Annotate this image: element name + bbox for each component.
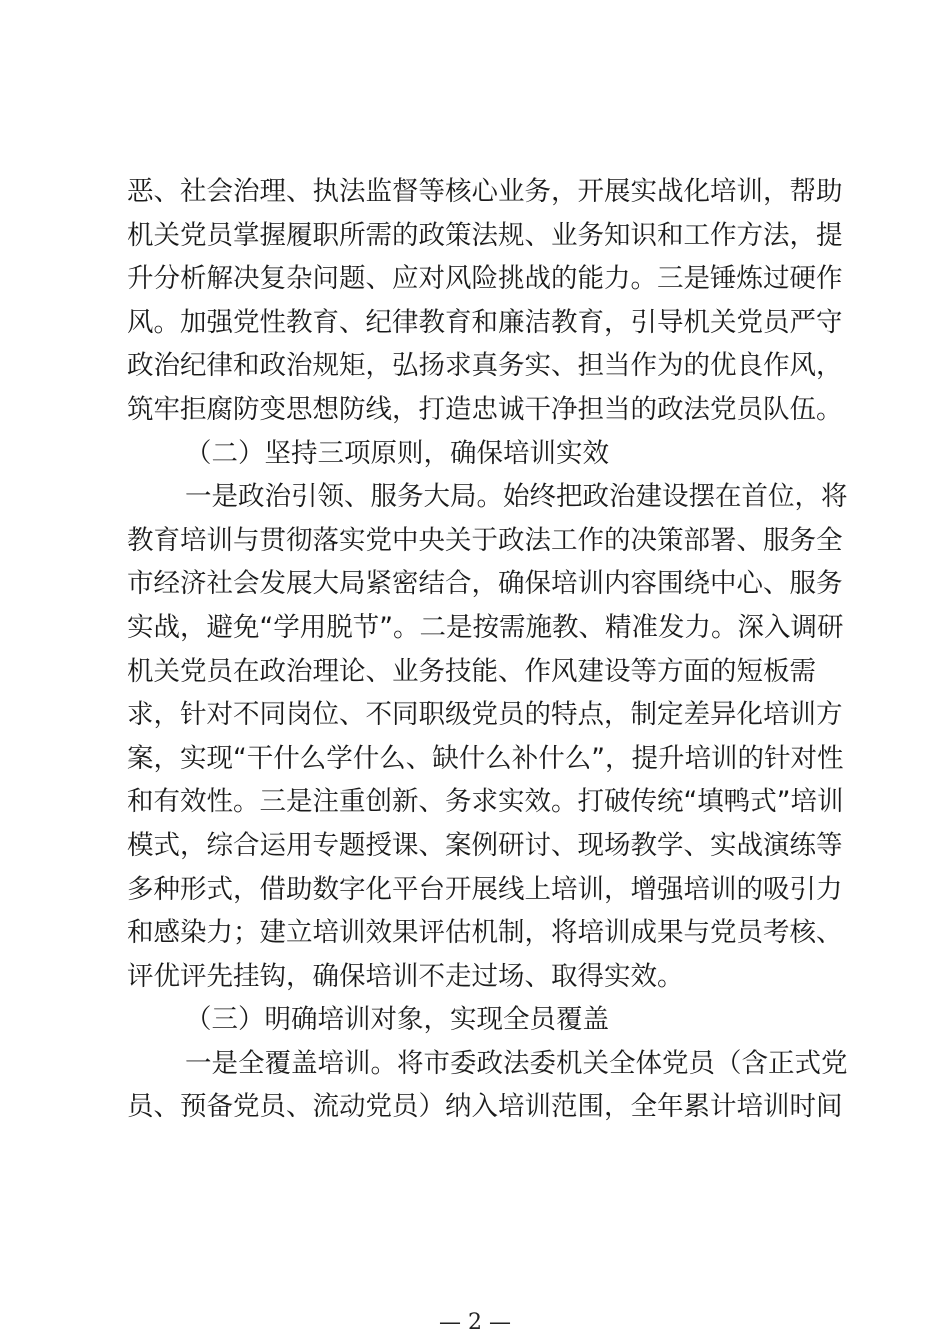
text-line: 模式，综合运用专题授课、案例研讨、现场教学、实战演练等 (127, 824, 821, 868)
page-number: — 2 — (0, 1310, 950, 1335)
text-line: 机关党员掌握履职所需的政策法规、业务知识和工作方法，提 (127, 214, 821, 258)
text-line: 一是政治引领、服务大局。始终把政治建设摆在首位，将 (127, 475, 821, 519)
text-line: 评优评先挂钩，确保培训不走过场、取得实效。 (127, 955, 821, 999)
text-line: 案，实现“干什么学什么、缺什么补什么”，提升培训的针对性 (127, 737, 821, 781)
document-page: 恶、社会治理、执法监督等核心业务，开展实战化培训，帮助 机关党员掌握履职所需的政… (127, 170, 821, 1129)
text-line: 教育培训与贯彻落实党中央关于政法工作的决策部署、服务全 (127, 519, 821, 563)
section-heading-3: （三）明确培训对象，实现全员覆盖 (127, 998, 821, 1042)
text-line: 筑牢拒腐防变思想防线，打造忠诚干净担当的政法党员队伍。 (127, 388, 821, 432)
text-line: 风。加强党性教育、纪律教育和廉洁教育，引导机关党员严守 (127, 301, 821, 345)
text-line: 恶、社会治理、执法监督等核心业务，开展实战化培训，帮助 (127, 170, 821, 214)
text-line: 政治纪律和政治规矩，弘扬求真务实、担当作为的优良作风， (127, 344, 821, 388)
paragraph-continued: 恶、社会治理、执法监督等核心业务，开展实战化培训，帮助 机关党员掌握履职所需的政… (127, 170, 821, 432)
text-line: 求，针对不同岗位、不同职级党员的特点，制定差异化培训方 (127, 693, 821, 737)
text-line: 升分析解决复杂问题、应对风险挑战的能力。三是锤炼过硬作 (127, 257, 821, 301)
paragraph-principles: 一是政治引领、服务大局。始终把政治建设摆在首位，将 教育培训与贯彻落实党中央关于… (127, 475, 821, 998)
text-line: 市经济社会发展大局紧密结合，确保培训内容围绕中心、服务 (127, 562, 821, 606)
text-line: 多种形式，借助数字化平台开展线上培训，增强培训的吸引力 (127, 868, 821, 912)
text-line: 和感染力；建立培训效果评估机制，将培训成果与党员考核、 (127, 911, 821, 955)
text-line: 一是全覆盖培训。将市委政法委机关全体党员（含正式党 (127, 1042, 821, 1086)
text-line: 实战，避免“学用脱节”。二是按需施教、精准发力。深入调研 (127, 606, 821, 650)
section-heading-2: （二）坚持三项原则，确保培训实效 (127, 432, 821, 476)
text-line: 和有效性。三是注重创新、务求实效。打破传统“填鸭式”培训 (127, 780, 821, 824)
text-line: 机关党员在政治理论、业务技能、作风建设等方面的短板需 (127, 650, 821, 694)
paragraph-coverage: 一是全覆盖培训。将市委政法委机关全体党员（含正式党 员、预备党员、流动党员）纳入… (127, 1042, 821, 1129)
text-line: 员、预备党员、流动党员）纳入培训范围，全年累计培训时间 (127, 1085, 821, 1129)
